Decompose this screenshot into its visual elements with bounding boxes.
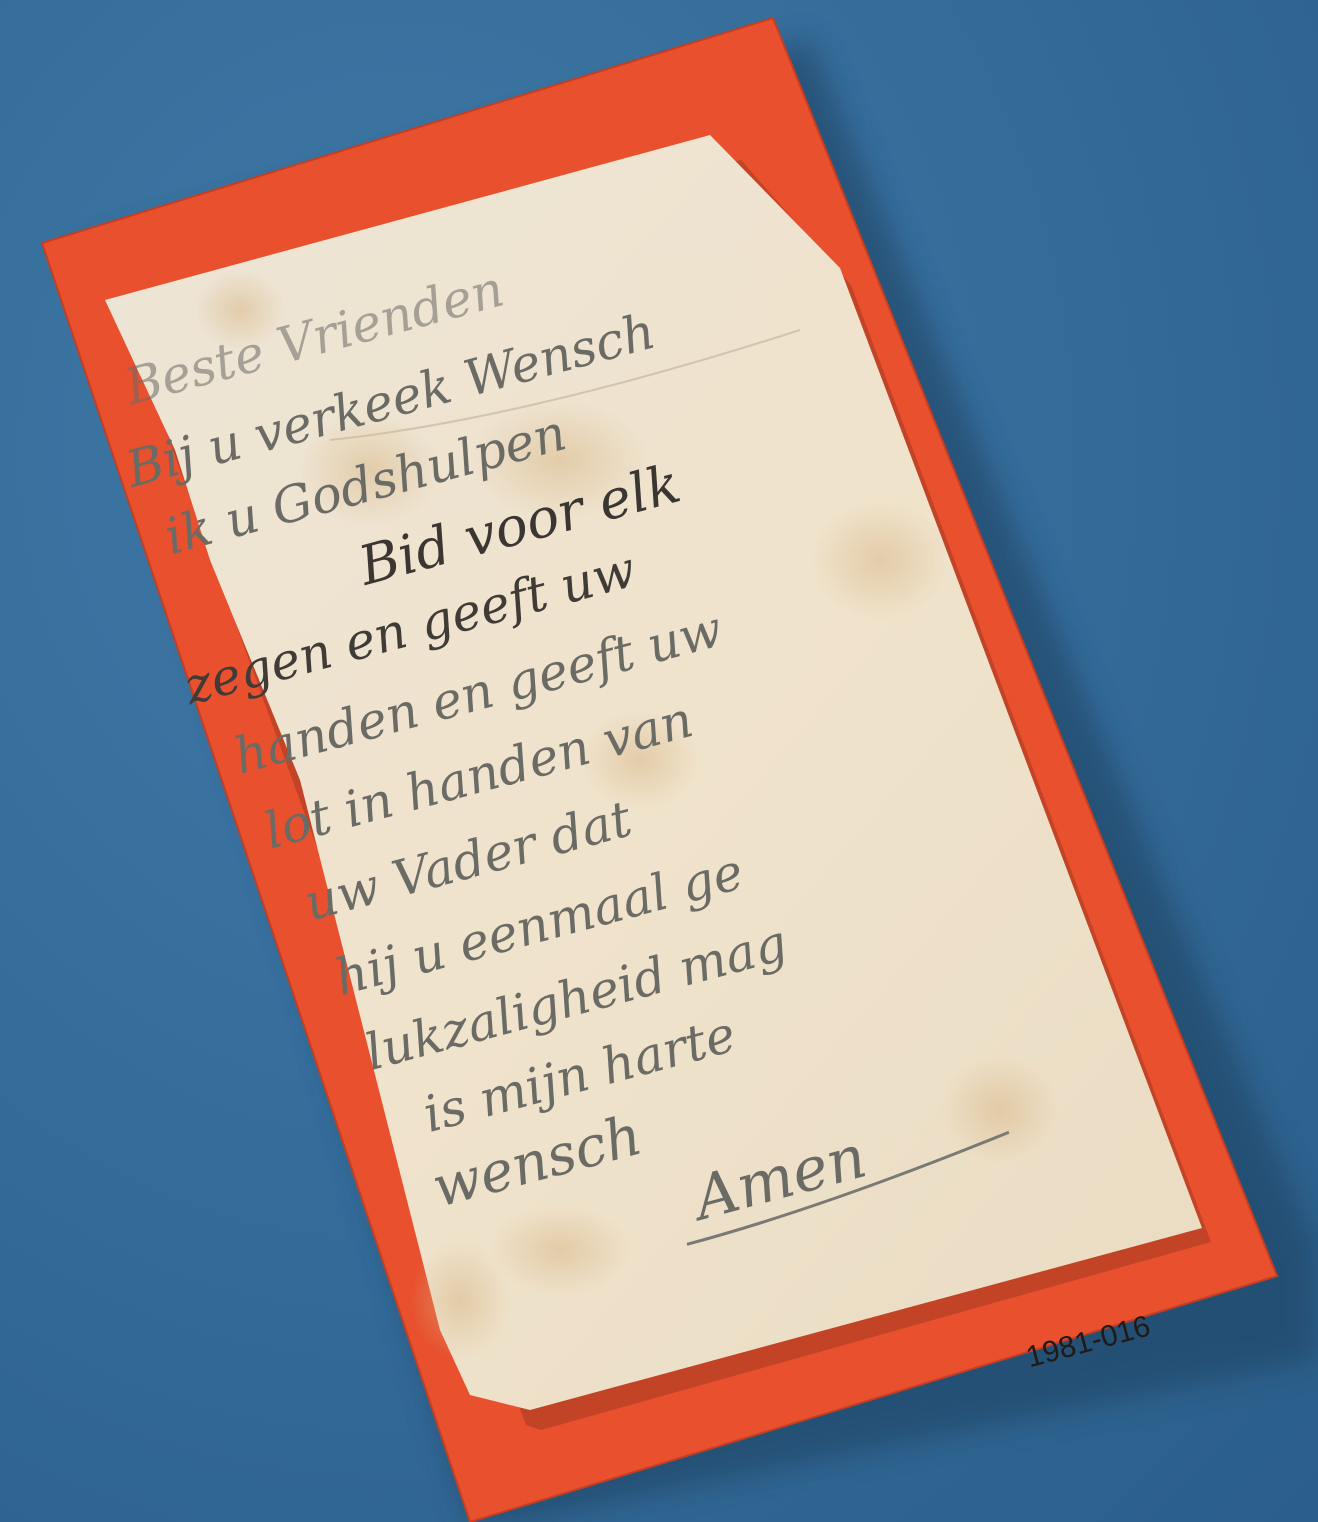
photo-scene: Beste Vrienden Bij u verkeek Wensch ik u… (0, 0, 1318, 1522)
card-illustration: Beste Vrienden Bij u verkeek Wensch ik u… (0, 0, 1318, 1522)
